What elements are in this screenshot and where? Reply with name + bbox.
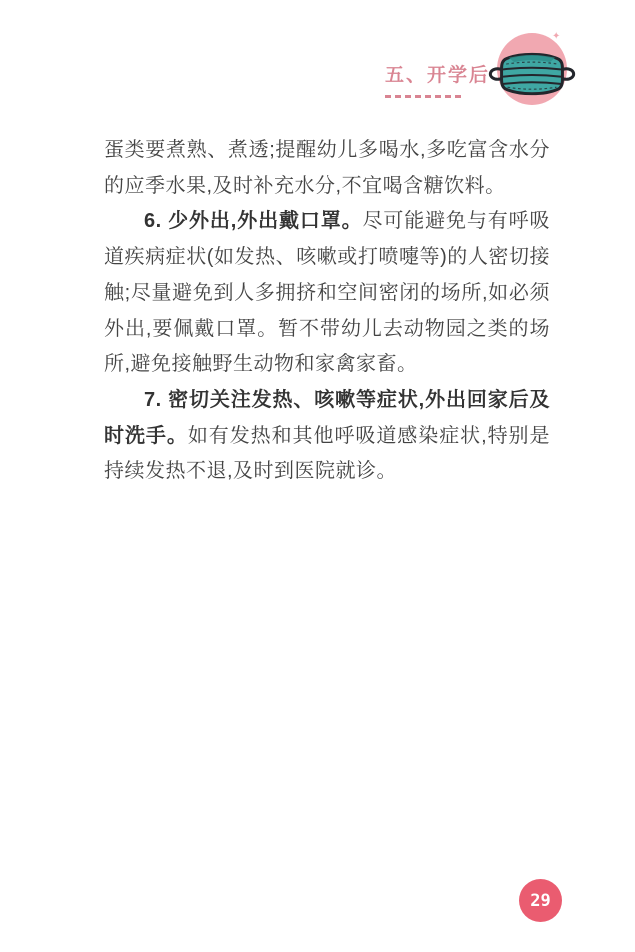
paragraph: 蛋类要煮熟、煮透;提醒幼儿多喝水,多吃富含水分的应季水果,及时补充水分,不宜喝含… (104, 133, 550, 204)
body-text: 蛋类要煮熟、煮透;提醒幼儿多喝水,多吃富含水分的应季水果,及时补充水分,不宜喝含… (104, 133, 550, 490)
face-mask-graphic (489, 46, 575, 102)
chapter-header: 五、开学后 ✦ ✦ (0, 0, 635, 120)
page-number: 29 (530, 891, 550, 911)
paragraph: 7. 密切关注发热、咳嗽等症状,外出回家后及时洗手。如有发热和其他呼吸道感染症状… (104, 383, 550, 490)
book-page: 五、开学后 ✦ ✦ 蛋类要煮熟、煮透;提醒幼儿多喝水,多吃富含水分的应季水果,及… (0, 0, 635, 952)
text-run: 尽可能避免与有呼吸道疾病症状(如发热、咳嗽或打喷嚏等)的人密切接触;尽量避免到人… (104, 210, 550, 375)
sparkle-icon: ✦ (552, 32, 560, 42)
text-run: 蛋类要煮熟、煮透;提醒幼儿多喝水,多吃富含水分的应季水果,及时补充水分,不宜喝含… (104, 139, 550, 197)
text-run-bold: 6. 少外出,外出戴口罩。 (144, 210, 362, 232)
page-number-badge: 29 (519, 879, 562, 922)
paragraph: 6. 少外出,外出戴口罩。尽可能避免与有呼吸道疾病症状(如发热、咳嗽或打喷嚏等)… (104, 204, 550, 383)
chapter-title-block: 五、开学后 (385, 60, 490, 98)
sparkle-icon: ✦ (519, 97, 527, 106)
chapter-title: 五、开学后 (385, 60, 490, 87)
dashed-rule (385, 95, 465, 98)
face-mask-icon (497, 33, 567, 105)
